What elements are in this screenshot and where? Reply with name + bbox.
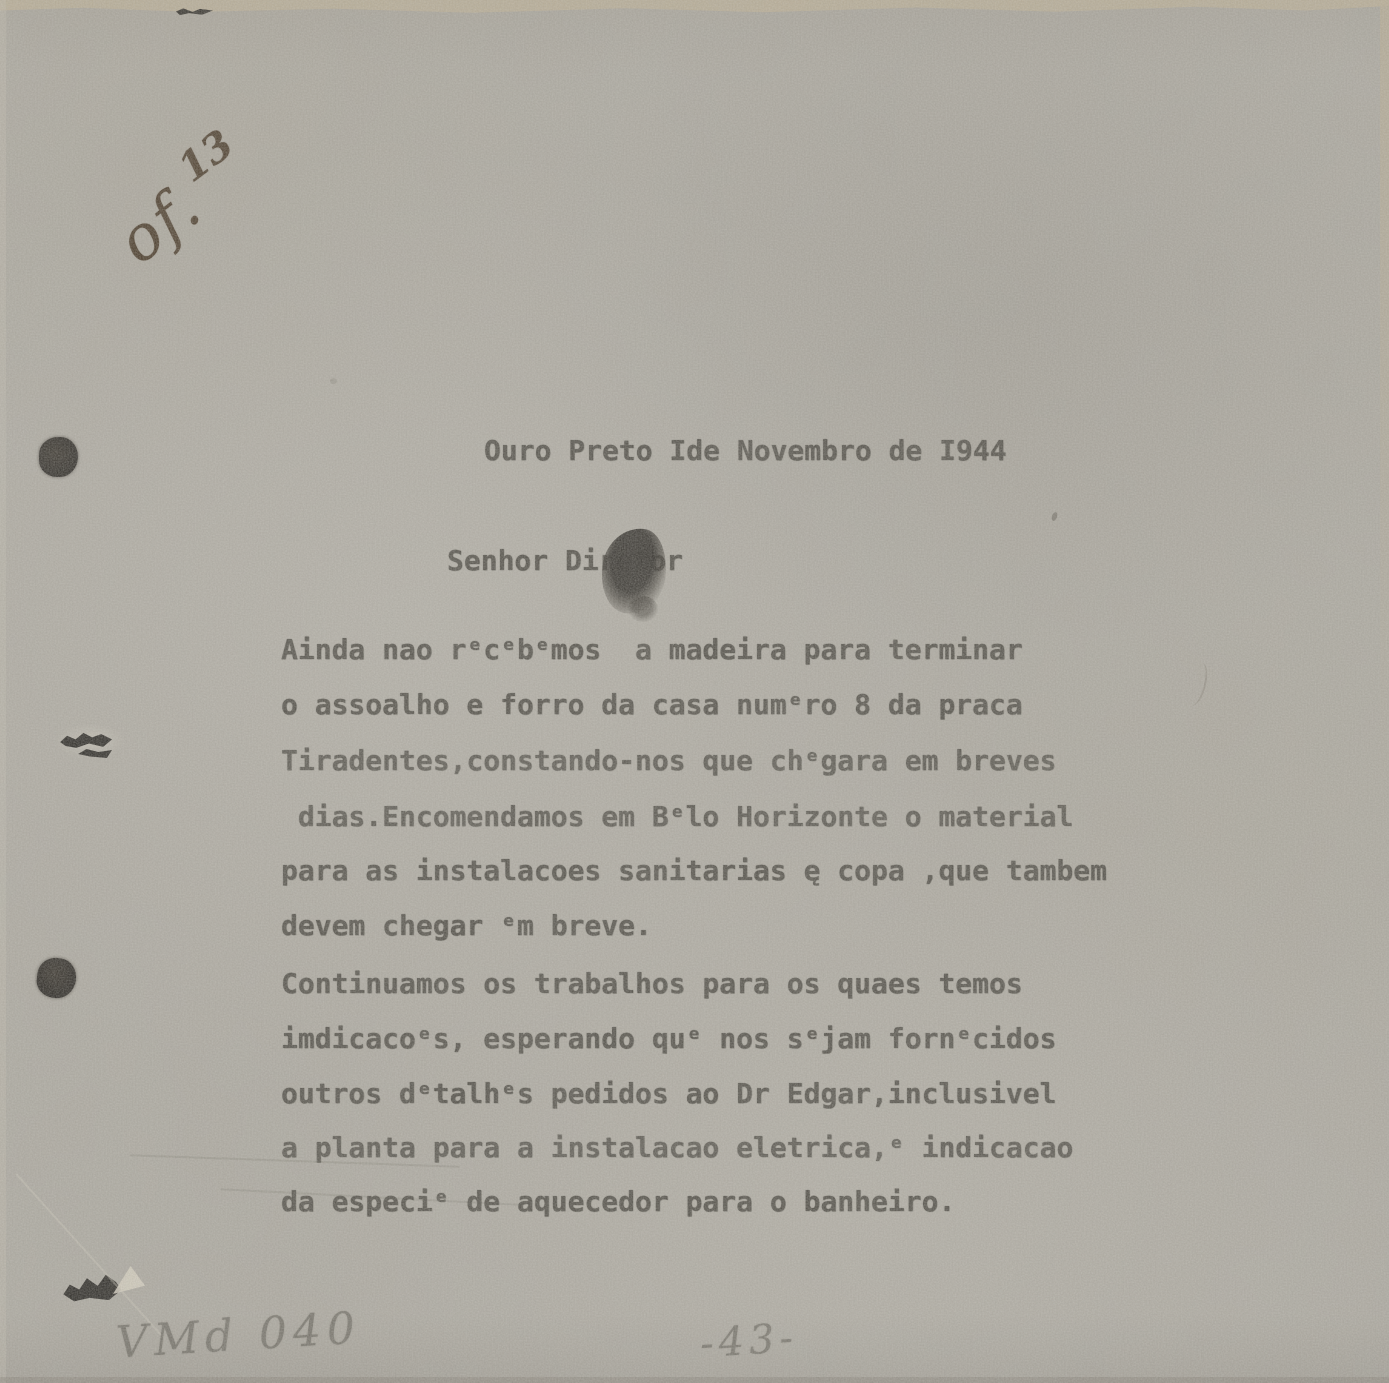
body-line: para as instalacoes sanitarias ę copa ,q…: [281, 856, 1107, 886]
left-edge-shade: [0, 0, 6, 1383]
bottom-edge-shade: [0, 1377, 1389, 1383]
dateline: Ouro Preto Ide Novembro de I944: [484, 436, 1007, 466]
body-line: imdicacoᵉs, esperando quᵉ nos sᵉjam forn…: [281, 1024, 1056, 1054]
right-edge-shade: [1380, 0, 1389, 830]
body-line: da especiᵉ de aquecedor para o banheiro.: [281, 1187, 955, 1217]
body-line: devem chegar ᵉm breve.: [281, 911, 652, 941]
body-line: Tiradentes,constando-nos que chᵉgara em …: [281, 746, 1056, 776]
ink-blot-tail: [628, 596, 658, 622]
body-line: o assoalho e forro da casa numᵉro 8 da p…: [281, 690, 1023, 720]
body-line: outros dᵉtalhᵉs pedidos ao Dr Edgar,incl…: [281, 1079, 1056, 1109]
punch-hole-top: [39, 437, 78, 477]
body-line: Continuamos os trabalhos para os quaes t…: [281, 969, 1023, 999]
body-line: Ainda nao rᵉcᵉbᵉmos a madeira para termi…: [281, 635, 1023, 665]
small-speck: [330, 378, 337, 384]
pencil-page-number: -43-: [699, 1315, 800, 1368]
body-line: a planta para a instalacao eletrica,ᵉ in…: [281, 1133, 1073, 1163]
scanned-letter-page: of.13 Ouro Preto Ide Novembro de I944 Se…: [0, 0, 1389, 1383]
body-line: dias.Encomendamos em Bᵉlo Horizonte o ma…: [281, 802, 1073, 832]
